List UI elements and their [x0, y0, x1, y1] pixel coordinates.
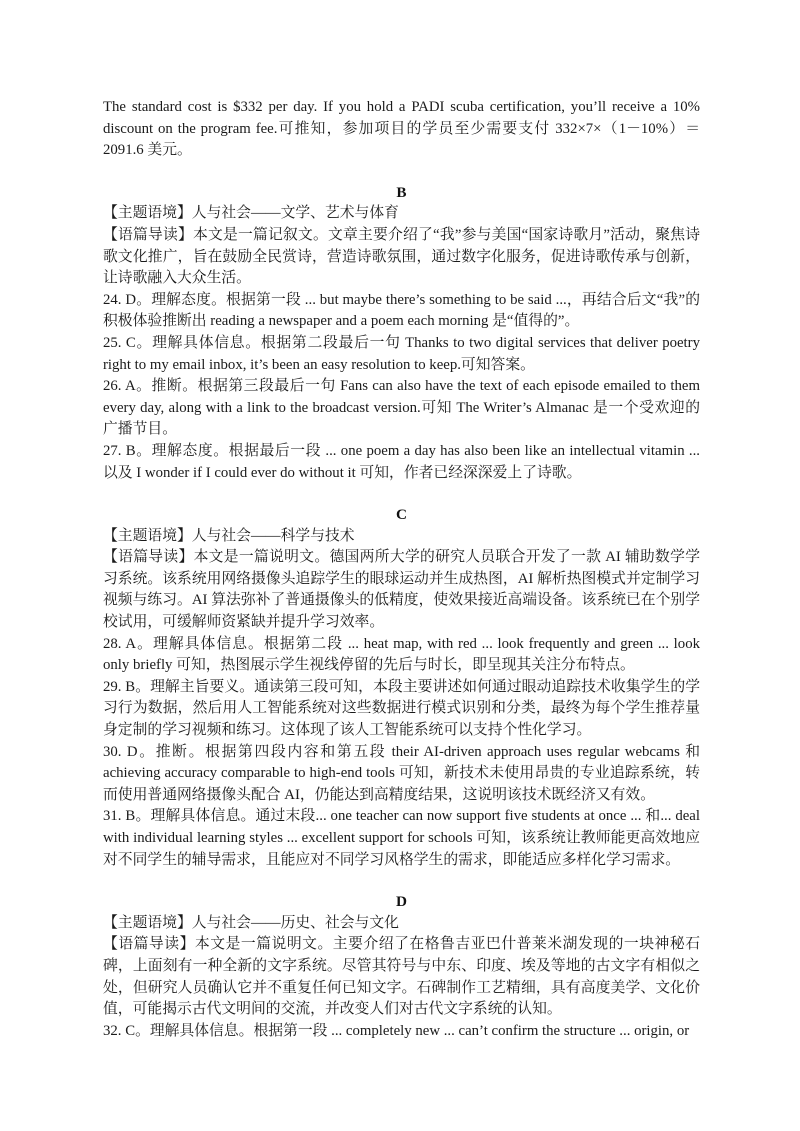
answer-key-page: The standard cost is $332 per day. If yo… — [0, 0, 800, 1131]
answer-item-30: 30. D。推断。根据第四段内容和第五段 their AI-driven app… — [103, 742, 700, 807]
section-c-passage-guide: 【语篇导读】本文是一篇说明文。德国两所大学的研究人员联合开发了一款 AI 辅助数… — [103, 547, 700, 633]
section-d-passage-guide: 【语篇导读】本文是一篇说明文。主要介绍了在格鲁吉亚巴什普莱米湖发现的一块神秘石碑… — [103, 934, 700, 1020]
answer-item-29: 29. B。理解主旨要义。通读第三段可知，本段主要讲述如何通过眼动追踪技术收集学… — [103, 677, 700, 742]
answer-item-24: 24. D。理解态度。根据第一段 ... but maybe there’s s… — [103, 290, 700, 333]
answer-item-26: 26. A。推断。根据第三段最后一句 Fans can also have th… — [103, 376, 700, 441]
section-d-theme-context: 【主题语境】人与社会——历史、社会与文化 — [103, 913, 700, 935]
answer-item-31: 31. B。理解具体信息。通过末段... one teacher can now… — [103, 806, 700, 871]
continued-answer-paragraph: The standard cost is $332 per day. If yo… — [103, 97, 700, 162]
section-b-heading: B — [103, 182, 700, 204]
answer-item-28: 28. A。理解具体信息。根据第二段 ... heat map, with re… — [103, 634, 700, 677]
section-d-heading: D — [103, 891, 700, 913]
answer-item-25: 25. C。理解具体信息。根据第二段最后一句 Thanks to two dig… — [103, 333, 700, 376]
section-c-theme-context: 【主题语境】人与社会——科学与技术 — [103, 526, 700, 548]
answer-item-32: 32. C。理解具体信息。根据第一段 ... completely new ..… — [103, 1021, 700, 1043]
section-b-theme-context: 【主题语境】人与社会——文学、艺术与体育 — [103, 203, 700, 225]
section-c-heading: C — [103, 504, 700, 526]
answer-item-27: 27. B。理解态度。根据最后一段 ... one poem a day has… — [103, 441, 700, 484]
section-b-passage-guide: 【语篇导读】本文是一篇记叙文。文章主要介绍了“我”参与美国“国家诗歌月”活动，聚… — [103, 225, 700, 290]
